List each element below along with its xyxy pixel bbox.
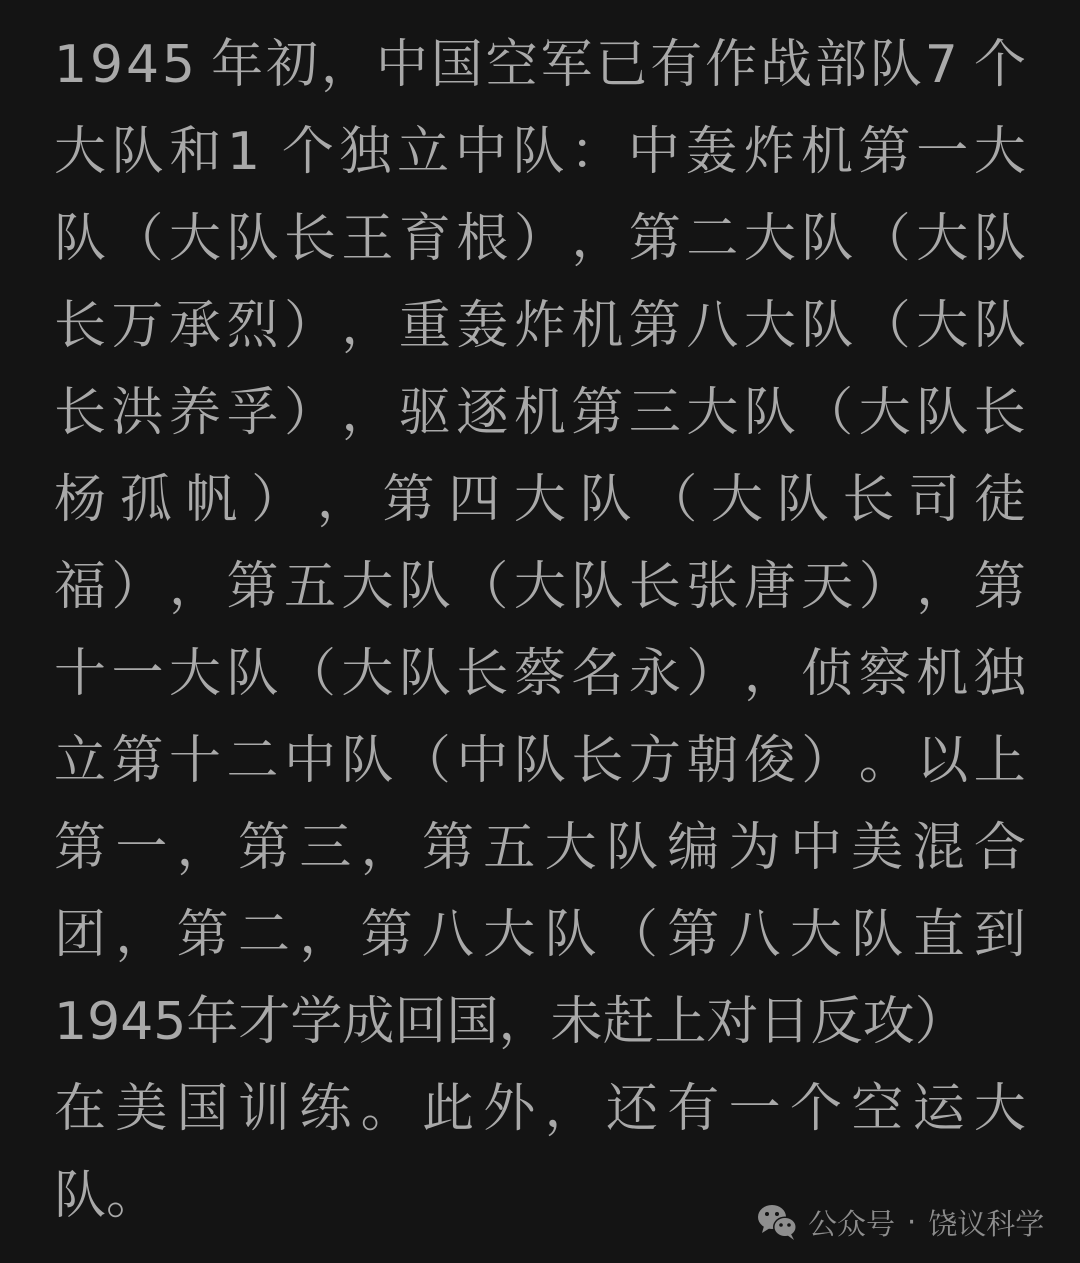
watermark: 公众号 · 饶议科学 [756,1198,1044,1246]
text-line-13: 在美国训练。此外，还有一个空运大 [54,1066,1026,1153]
text-line-10: 第一，第三，第五大队编为中美混合 [54,805,1026,892]
article-body: 1945 年初，中国空军已有作战部队7 个 大队和1 个独立中队：中轰炸机第一大… [54,22,1026,1240]
text-line-4: 长万承烈），重轰炸机第八大队（大队 [54,283,1026,370]
text-line-8: 十一大队（大队长蔡名永），侦察机独 [54,631,1026,718]
watermark-label: 公众号 [808,1202,895,1243]
watermark-separator: · [907,1205,916,1239]
text-line-2: 大队和1 个独立中队：中轰炸机第一大 [54,109,1026,196]
watermark-account: 饶议科学 [928,1202,1044,1243]
text-line-9: 立第十二中队（中队长方朝俊）。以上 [54,718,1026,805]
text-line-1: 1945 年初，中国空军已有作战部队7 个 [54,22,1026,109]
text-line-7: 福），第五大队（大队长张唐天），第 [54,544,1026,631]
text-line-5: 长洪养孚），驱逐机第三大队（大队长 [54,370,1026,457]
text-line-12: 1945年才学成回国，未赶上对日反攻） [54,979,1026,1066]
wechat-icon [756,1202,800,1242]
text-line-11: 团，第二，第八大队（第八大队直到 [54,892,1026,979]
text-line-6: 杨孤帆），第四大队（大队长司徒 [54,457,1026,544]
text-line-3: 队（大队长王育根），第二大队（大队 [54,196,1026,283]
